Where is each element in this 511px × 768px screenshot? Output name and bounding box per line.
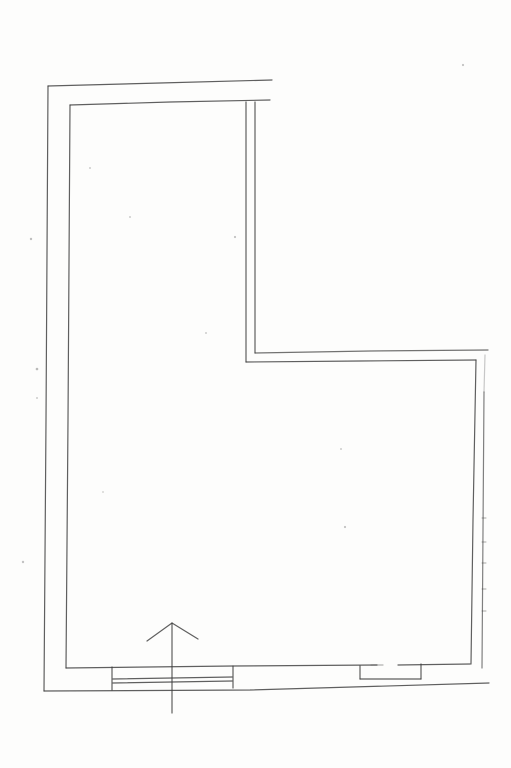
wall-right-inner: [471, 360, 476, 664]
scan-speck: [22, 561, 24, 563]
scan-speck: [340, 448, 342, 450]
wall-right-outer-faded: [484, 355, 485, 392]
scan-speck: [36, 368, 39, 371]
wall-bottom-outer: [44, 683, 489, 691]
wall-top-inner: [70, 100, 270, 105]
scan-speck: [462, 64, 464, 66]
scan-speck: [344, 526, 346, 528]
wall-left-inner: [66, 105, 70, 668]
entrance-arrow-left-wing: [147, 623, 172, 641]
scan-speck: [205, 332, 207, 334]
entrance-arrow-right-wing: [172, 623, 198, 639]
wall-right-outer: [482, 392, 484, 668]
wall-bottom-inner-left: [66, 665, 377, 668]
scan-speck: [234, 236, 236, 238]
scan-speck: [102, 491, 104, 493]
scan-speck: [30, 238, 32, 240]
scan-speck: [36, 397, 38, 399]
wall-step-inner: [246, 360, 476, 362]
scan-speck: [129, 216, 131, 218]
scanned-floor-plan-page: [0, 0, 511, 768]
scan-speck: [89, 167, 91, 169]
wall-top-outer: [48, 80, 272, 86]
wall-step-outer: [255, 350, 488, 353]
wall-bottom-inner-right: [398, 664, 470, 665]
floor-plan-drawing: [0, 0, 511, 768]
wall-left-outer: [44, 86, 48, 691]
